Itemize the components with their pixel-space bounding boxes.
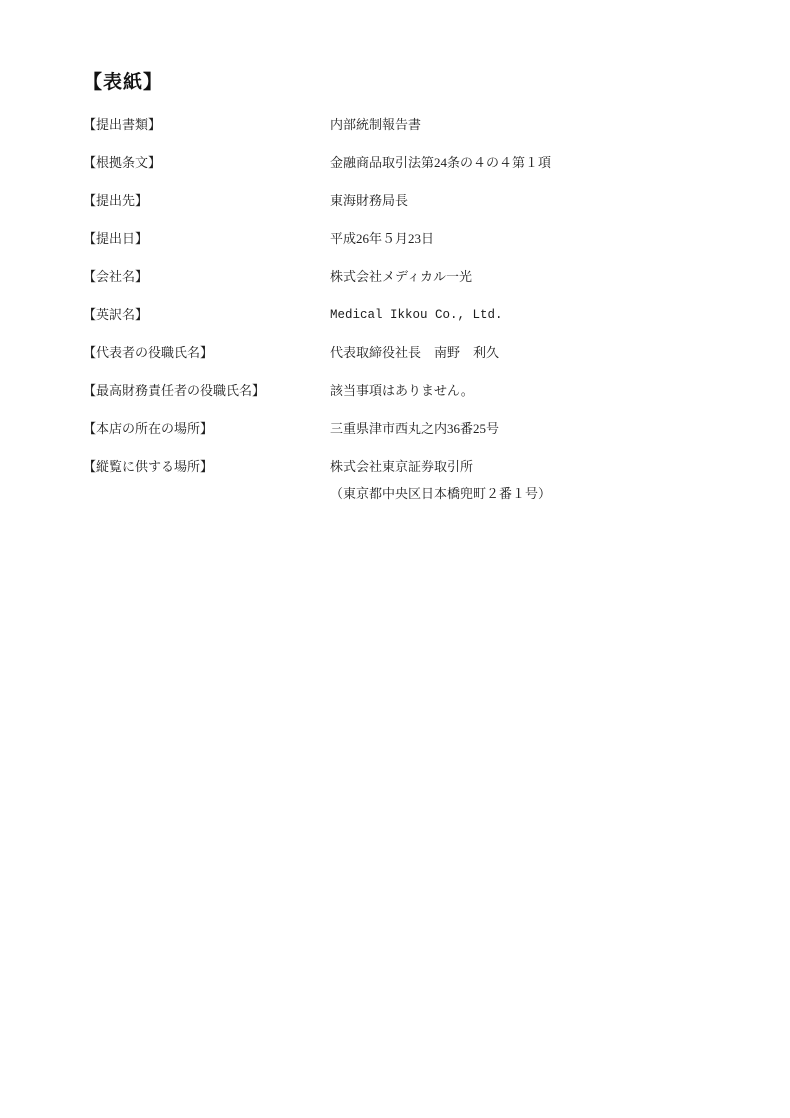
field-row-cfo-title-name: 【最高財務責任者の役職氏名】 該当事項はありません。: [83, 384, 750, 398]
field-label: 【縦覧に供する場所】: [83, 460, 330, 474]
field-value-line1: 株式会社東京証券取引所: [330, 459, 473, 474]
field-label: 【英訳名】: [83, 308, 330, 322]
field-value: 該当事項はありません。: [330, 384, 474, 398]
field-row-english-name: 【英訳名】 Medical Ikkou Co., Ltd.: [83, 308, 750, 322]
field-value: 平成26年５月23日: [330, 232, 434, 246]
field-value: 株式会社メディカル一光: [330, 270, 472, 284]
field-row-legal-basis: 【根拠条文】 金融商品取引法第24条の４の４第１項: [83, 156, 750, 170]
field-row-head-office-location: 【本店の所在の場所】 三重県津市西丸之内36番25号: [83, 422, 750, 436]
field-label: 【本店の所在の場所】: [83, 422, 330, 436]
field-value: 東海財務局長: [330, 194, 408, 208]
cover-field-table: 【提出書類】 内部統制報告書 【根拠条文】 金融商品取引法第24条の４の４第１項…: [83, 118, 750, 501]
field-value: 金融商品取引法第24条の４の４第１項: [330, 156, 551, 170]
field-value: 株式会社東京証券取引所 （東京都中央区日本橋兜町２番１号）: [330, 460, 551, 501]
field-label: 【提出日】: [83, 232, 330, 246]
field-label: 【代表者の役職氏名】: [83, 346, 330, 360]
field-row-submitted-to: 【提出先】 東海財務局長: [83, 194, 750, 208]
field-row-public-inspection-place: 【縦覧に供する場所】 株式会社東京証券取引所 （東京都中央区日本橋兜町２番１号）: [83, 460, 750, 501]
field-row-submission-date: 【提出日】 平成26年５月23日: [83, 232, 750, 246]
field-label: 【最高財務責任者の役職氏名】: [83, 384, 330, 398]
field-value: 内部統制報告書: [330, 118, 421, 132]
field-row-company-name: 【会社名】 株式会社メディカル一光: [83, 270, 750, 284]
field-label: 【会社名】: [83, 270, 330, 284]
field-value: Medical Ikkou Co., Ltd.: [330, 308, 503, 322]
cover-heading: 【表紙】: [83, 73, 750, 93]
field-value: 三重県津市西丸之内36番25号: [330, 422, 499, 436]
field-value-line2: （東京都中央区日本橋兜町２番１号）: [330, 487, 551, 501]
field-label: 【提出書類】: [83, 118, 330, 132]
document-page: 【表紙】 【提出書類】 内部統制報告書 【根拠条文】 金融商品取引法第24条の４…: [0, 0, 790, 1118]
field-label: 【提出先】: [83, 194, 330, 208]
field-row-representative: 【代表者の役職氏名】 代表取締役社長 南野 利久: [83, 346, 750, 360]
field-label: 【根拠条文】: [83, 156, 330, 170]
field-value: 代表取締役社長 南野 利久: [330, 346, 499, 360]
field-row-submitted-document: 【提出書類】 内部統制報告書: [83, 118, 750, 132]
